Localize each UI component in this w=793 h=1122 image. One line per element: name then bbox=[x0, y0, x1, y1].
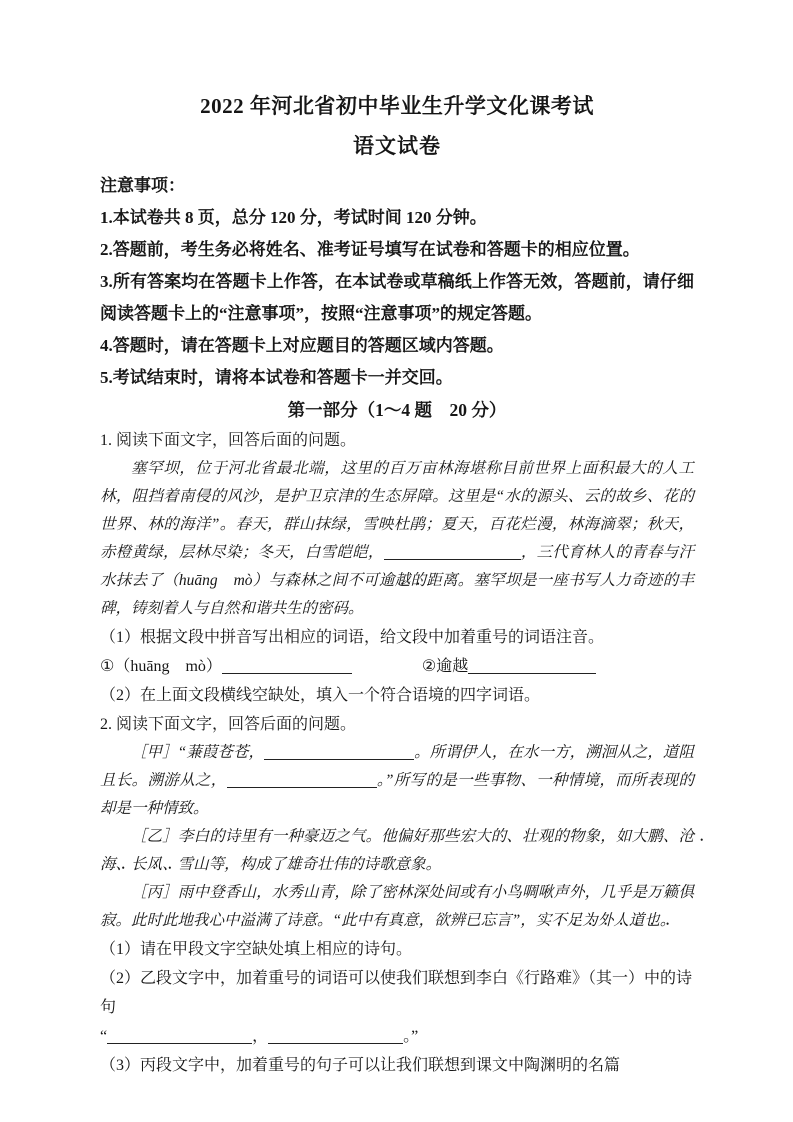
emphasized-word: 逾越 bbox=[379, 572, 411, 589]
question-1-stem: 1. 阅读下面文字，回答后面的问题。 bbox=[100, 426, 694, 455]
question-1-passage: 塞罕坝，位于河北省最北端，这里的百万亩林海堪称目前世界上面积最大的人工林，阻挡着… bbox=[100, 455, 694, 623]
question-2-passage-jia: ［甲］“蒹葭苍苍，。所谓伊人，在水一方，溯洄从之，道阻且长。溯游从之，。”所写的… bbox=[100, 739, 694, 823]
question-2-quote-blank-line: “，。” bbox=[100, 1022, 694, 1051]
question-2-sub-2: （2）乙段文字中，加着重号的词语可以使我们联想到李白《行路难》（其一）中的诗句 bbox=[100, 964, 694, 1022]
verse-blank-2 bbox=[268, 1029, 403, 1044]
passage-text: ［甲］“蒹葭苍苍， bbox=[131, 744, 264, 761]
part1-heading: 第一部分（1～4 题 20 分） bbox=[100, 394, 694, 426]
exam-title: 2022 年河北省初中毕业生升学文化课考试 bbox=[100, 94, 694, 118]
notice-item-5: 5.考试结束时，请将本试卷和答题卡一并交回。 bbox=[100, 362, 694, 394]
question-1-sub-2: （2）在上面文段横线空缺处，填入一个符合语境的四字词语。 bbox=[100, 681, 694, 710]
answer-blank-1 bbox=[222, 659, 352, 674]
open-quote: “ bbox=[100, 1028, 107, 1045]
notice-item-4: 4.答题时，请在答题卡上对应题目的答题区域内答题。 bbox=[100, 330, 694, 362]
passage-text: 、雪山等，构成了雄奇壮伟的诗歌意象。 bbox=[162, 856, 441, 873]
fill-in-blank bbox=[227, 773, 377, 788]
answer-label-1: ①（huāng mò） bbox=[100, 658, 222, 675]
emphasized-word: 长风 bbox=[131, 856, 162, 873]
notice-item-3: 3.所有答案均在答题卡上作答，在本试卷或草稿纸上作答无效，答题前，请仔细阅读答题… bbox=[100, 266, 694, 330]
question-2-sub-3: （3）丙段文字中，加着重号的句子可以让我们联想到课文中陶渊明的名篇 bbox=[100, 1051, 694, 1080]
close-quote: 。” bbox=[403, 1028, 418, 1045]
exam-page: 2022 年河北省初中毕业生升学文化课考试 语文试卷 注意事项： 1.本试卷共 … bbox=[0, 0, 793, 1122]
fill-in-blank bbox=[264, 745, 414, 760]
verse-blank-1 bbox=[107, 1029, 252, 1044]
answer-blank-2 bbox=[468, 659, 596, 674]
question-2-stem: 2. 阅读下面文字，回答后面的问题。 bbox=[100, 710, 694, 739]
comma: ， bbox=[252, 1028, 268, 1045]
question-2-passage-yi: ［乙］李白的诗里有一种豪迈之气。他偏好那些宏大的、壮观的物象，如大鹏、沧海、长风… bbox=[100, 823, 694, 879]
question-1-sub-1: （1）根据文段中拼音写出相应的词语，给文段中加着重号的词语注音。 bbox=[100, 623, 694, 652]
notice-item-2: 2.答题前，考生务必将姓名、准考证号填写在试卷和答题卡的相应位置。 bbox=[100, 234, 694, 266]
question-1-answer-line: ①（huāng mò）②逾越 bbox=[100, 652, 694, 681]
exam-subtitle: 语文试卷 bbox=[100, 134, 694, 158]
passage-text: ［乙］李白的诗里有一种豪迈之气。他偏好那些宏大的、壮观的物象，如大鹏、 bbox=[131, 828, 678, 845]
notice-heading: 注意事项： bbox=[100, 170, 694, 202]
emphasized-sentence: 实不足为外人道也 bbox=[536, 912, 660, 929]
answer-label-2: ②逾越 bbox=[422, 658, 468, 675]
notice-item-1: 1.本试卷共 8 页，总分 120 分，考试时间 120 分钟。 bbox=[100, 202, 694, 234]
question-2-passage-bing: ［丙］雨中登香山，水秀山青，除了密林深处间或有小鸟啁啾声外，几乎是万籁俱寂。此时… bbox=[100, 879, 694, 935]
question-2-sub-1: （1）请在甲段文字空缺处填上相应的诗句。 bbox=[100, 935, 694, 964]
fill-in-blank bbox=[384, 545, 521, 560]
